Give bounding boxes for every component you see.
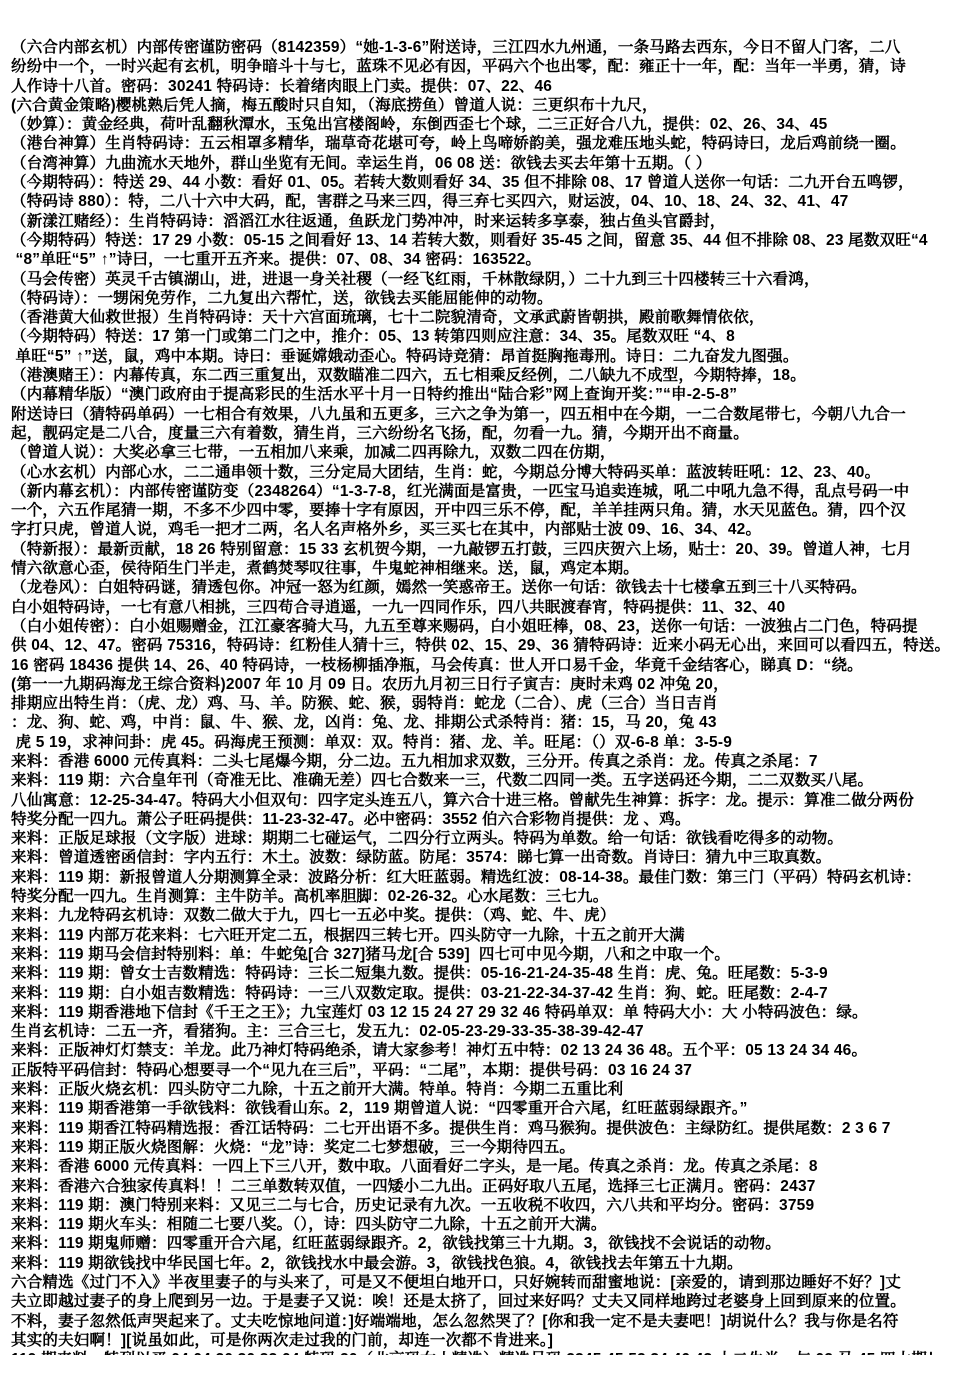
text-line: 来料：曾道透密函信封：字内五行：木土。波数：绿防蓝。防尾：3574：睇七算一出奇… (11, 848, 962, 867)
text-line: 来料：119 期香江特码精选报：香江话特码：二七开出语不多。提供生肖：鸡马猴狗。… (11, 1119, 962, 1138)
text-line: 单旺“5” ↑”送，鼠，鸡中本期。诗曰：垂诞嫦娥动歪心。特码诗竞猜：昂首挺胸拖毒… (11, 347, 962, 366)
text-line: 来料：119 期：澳门特别来料：又见三二与七合，历史记录有九次。一五收税不收四，… (11, 1196, 962, 1215)
text-line: 供 04、12、47。密码 75316，特码诗：红粉佳人猜十三，特供 02、15… (11, 636, 962, 655)
text-line: 字打只虎，曾道人说，鸡毛一把才二两，名人名声格外乡，买三买七在其中，内部贴士波 … (11, 520, 962, 539)
text-line: （白小姐传密）：白小姐赐赠金，江江豪客骑大马，九五至尊来赐码，白小姐旺棒，08、… (11, 617, 962, 636)
text-line: 来料：119 期香港第一手欲钱料：欲钱看山东。2，119 期曾道人说：“四零重开… (11, 1099, 962, 1118)
document-page: （六合内部玄机）内部传密谨防密码（8142359）“她-1-3-6”附送诗，三江… (0, 0, 968, 1355)
text-line: 八仙寓意：12-25-34-47。特码大小但双句：四字定头连五八，算六合十进三格… (11, 791, 962, 810)
text-line: 情六欲意心歪，侯待陌生门半走，煮鹤焚琴叹往事，牛鬼蛇神相继来。送，鼠，鸡定本期。 (11, 559, 962, 578)
text-line: 来料：香港 6000 元传真料：一四上下三八开，数中取。八面看好二字头，是一尾。… (11, 1157, 962, 1176)
text-line: 六合精选《过门不入》半夜里妻子的与头来了，可是又不便坦白地开口，只好婉转而甜蜜地… (11, 1273, 962, 1292)
text-line: （特码诗）：一甥闲免劳作，二九复出六帮忙，送，欲钱去买能屈能伸的动物。 (11, 289, 962, 308)
text-line: 特奖分配一四九。萧公子旺码提供：11-23-32-47。必中密码：3552 伯六… (11, 810, 962, 829)
text-line: （港台神算）生肖特码诗：五云相罩多精华，瑞草奇花堪可夸，岭上鸟啼娇韵美，强龙难压… (11, 134, 962, 153)
text-line: 来料：正版神灯灯禁支：羊龙。此乃神灯特码绝杀，请大家参考！神灯五中特：02 13… (11, 1041, 962, 1060)
text-line: （特新报）：最新贡献，18 26 特别留意：15 33 玄机贺今期，一九敲锣五打… (11, 540, 962, 559)
text-line: 来料：香港六合独家传真料！！二三单数转双值，一四矮小二九出。正码好取八五尾，选择… (11, 1177, 962, 1196)
text-line: （特码诗 880）：特，二八十六中大码，配，害群之马来三四，得三弃七买四六，财运… (11, 192, 962, 211)
text-line: （台湾神算）九曲流水天地外，群山坐览有无间。幸运生肖，06 08 送：欲钱去买去… (11, 154, 962, 173)
text-line: （今期特码）特送：17 第一门或第二门之中，推介：05、13 转第四则应注意：3… (11, 327, 962, 346)
text-line: （曾道人说）：大奖必拿三七带，一五相加八来乘，加减二四再除九，双数二四在仿期， (11, 443, 962, 462)
text-line: （心水玄机）内部心水，二二通串领十数，三分定局大团结，生肖：蛇，今期总分博大特码… (11, 463, 962, 482)
text-line: （新漾江赌经）：生肖特码诗：滔滔江水往返通，鱼跃龙门势冲冲，时来运转多享泰，独占… (11, 212, 962, 231)
text-line: 来料：正版足球报（文字版）进球：期期二七碰运气，二四分行立两头。特码为单数。给一… (11, 829, 962, 848)
text-line: 来料：119 内部万花来料：七六旺开定二五，根据四三转七开。四头防守一九除，十五… (11, 926, 962, 945)
text-line-clipped: 119 期来料：特列以买 04 04 20 30 33 04 特码 20（北京码… (11, 1350, 962, 1355)
text-line: 不料，妻子忽然低声哭起来了。丈夫吃惊地问道：]好端端地，怎么忽然哭了？[你和我一… (11, 1312, 962, 1331)
text-line: (第一一九期码海龙王综合资料)2007 年 10 月 09 日。农历九月初三日行… (11, 675, 962, 694)
text-line: 来料：119 期马会信封特别料：单：牛蛇兔[合 327]猪马龙[合 539] 四… (11, 945, 962, 964)
text-line: 起，靓码定是二八合，度量三六有着数，猜生肖，三六纷纷名飞扬，配，勿看一九。猜，今… (11, 424, 962, 443)
text-line: 虎 5 19，求神问卦：虎 45。码海虎王预测：单双：双。特肖：猪、龙、羊。旺尾… (11, 733, 962, 752)
text-line: 来料：119 期火车头：相随二七要八奖。（），诗：四头防守二九除，十五之前开大满… (11, 1215, 962, 1234)
text-line: （马会传密）英灵千古镇湖山，进，进退一身关社稷（一经飞红雨，千林散绿阴，）二十九… (11, 270, 962, 289)
text-line: (六合黄金策略)樱桃熟后凭人摘，梅五酸时只自知，（海底捞鱼）曾道人说：三更织布十… (11, 96, 962, 115)
text-line: 来料：119 期欲钱找中华民国七年。2，欲钱找水中最会游。3，欲钱找色狼。4，欲… (11, 1254, 962, 1273)
text-line: 夫立即越过妻子的身上爬到另一边。于是妻子又说：唉！还是太挤了，回过来好吗？丈夫又… (11, 1292, 962, 1311)
text-line: 生肖玄机诗：二五一齐，看猪狗。主：三合三七，发五九：02-05-23-29-33… (11, 1022, 962, 1041)
text-line: 来料：香港 6000 元传真料：二头七尾爆今期，分二边。五九相加求双数，三分开。… (11, 752, 962, 771)
text-line: （妙算）：黄金经典，荷叶乱翻秋潭水，玉兔出宫楼阁岭，东倒西歪七个球，二三正好合八… (11, 115, 962, 134)
text-line: （内幕精华版）“澳门政府由于提高彩民的生活水平十月一日特约推出“陆合彩”网上查询… (11, 385, 962, 404)
text-line: ：龙、狗、蛇、鸡，中肖：鼠、牛、猴、龙，凶肖：兔、龙、排期公式杀特肖：猪：15，… (11, 713, 962, 732)
text-line: 来料：119 期香港地下信封《千王之王》；九宝莲灯 03 12 15 24 27… (11, 1003, 962, 1022)
text-line: 纷纷中一个，一时兴起有玄机，明争暗斗十与七，蓝珠不见必有因，平码六个也出零，配：… (11, 57, 962, 76)
text-line: 白小姐特码诗，一七有意八相挑，三四苟合寻逍遥，一九一四同作乐，四八共眠渡春宵，特… (11, 598, 962, 617)
text-line: （港澳赌王）：内幕传真，东二西三重复出，双数瞄准二四六，五七相乘反经例，二八缺九… (11, 366, 962, 385)
text-line: 来料：119 期：新报曾道人分期测算全录：波路分析：红大旺蓝弱。精选红波：08-… (11, 868, 962, 887)
text-line: 来料：九龙特码玄机诗：双数二做大于九，四七一五必中奖。提供：（鸡、蛇、牛、虎） (11, 906, 962, 925)
text-line: 来料：119 期：六合皇年刊（奇准无比、准确无差）四七合数来一三，代数二四同一类… (11, 771, 962, 790)
text-line: （香港黄大仙救世报）生肖特码诗：天十六宫面琉璃，七十二院貌清奇，文承武蔚皆朝拱，… (11, 308, 962, 327)
text-line: 其实的夫妇啊！][说虽如此，可是你两次走过我的门前，却连一次都不肯进来。] (11, 1331, 962, 1350)
text-line: （龙卷风）：白姐特码谜，猜透包你。冲冠一怒为红颜，嫣然一笑惑帝王。送你一句话：欲… (11, 578, 962, 597)
text-line: 来料：正版火烧玄机：四头防守二九除，十五之前开大满。特单。特肖：今期二五重比利 (11, 1080, 962, 1099)
text-line: 来料：119 期：白小姐吉数精选：特码诗：一三八双数定取。提供：03-21-22… (11, 984, 962, 1003)
text-line: （今期特码）特送：17 29 小数：05-15 之间看好 13、14 若转大数，… (11, 231, 962, 250)
text-line: 一个，六五作尾猜一期，不多不少四中零，要捧十字有原因，开中四三乐不停，配，羊羊挂… (11, 501, 962, 520)
text-line: 16 密码 18436 提供 14、26、40 特码诗，一枝杨柳插净瓶，马会传真… (11, 656, 962, 675)
text-line: （新内幕玄机）：内部传密谨防变（2348264）“1-3-7-8，红光满面是富贵… (11, 482, 962, 501)
text-line: “8”单旺“5” ↑”诗曰，一七重开五齐来。提供：07、08、34 密码：163… (11, 250, 962, 269)
text-line: 人作诗十八首。密码：30241 特码诗：长着绪肉眼上门卖。提供：07、22、46 (11, 77, 962, 96)
text-line: 附送诗曰（猜特码单码）一七相合有效果，八九虽和五更多，三六之争为第一，四五相中在… (11, 405, 962, 424)
text-line: 特奖分配一四九。生肖测算：主牛防羊。高机率胆脚：02-26-32。心水尾数：三七… (11, 887, 962, 906)
text-line: （六合内部玄机）内部传密谨防密码（8142359）“她-1-3-6”附送诗，三江… (11, 38, 962, 57)
text-line: 来料：119 期：曾女士吉数精选：特码诗：三长二短集九数。提供：05-16-21… (11, 964, 962, 983)
text-lines: （六合内部玄机）内部传密谨防密码（8142359）“她-1-3-6”附送诗，三江… (11, 38, 962, 1355)
text-line: （今期特码）：特送 29、44 小数：看好 01、05。若转大数则看好 34、3… (11, 173, 962, 192)
text-line: 正版特平码信封：特码心想要寻一个“见九在三后”，平码：“二尾”，本期：提供号码：… (11, 1061, 962, 1080)
text-line: 排期应出特生肖：（虎、龙）鸡、马、羊。防猴、蛇、猴，弱特肖：蛇龙（二合）、虎（三… (11, 694, 962, 713)
text-line: 来料：119 期正版火烧图解：火烧：“龙”诗：奖定二七梦想破，三一今期待四五。 (11, 1138, 962, 1157)
text-line: 来料：119 期鬼师赠：四零重开合六尾，红旺蓝弱绿跟齐。2，欲钱找第三十九期。3… (11, 1234, 962, 1253)
